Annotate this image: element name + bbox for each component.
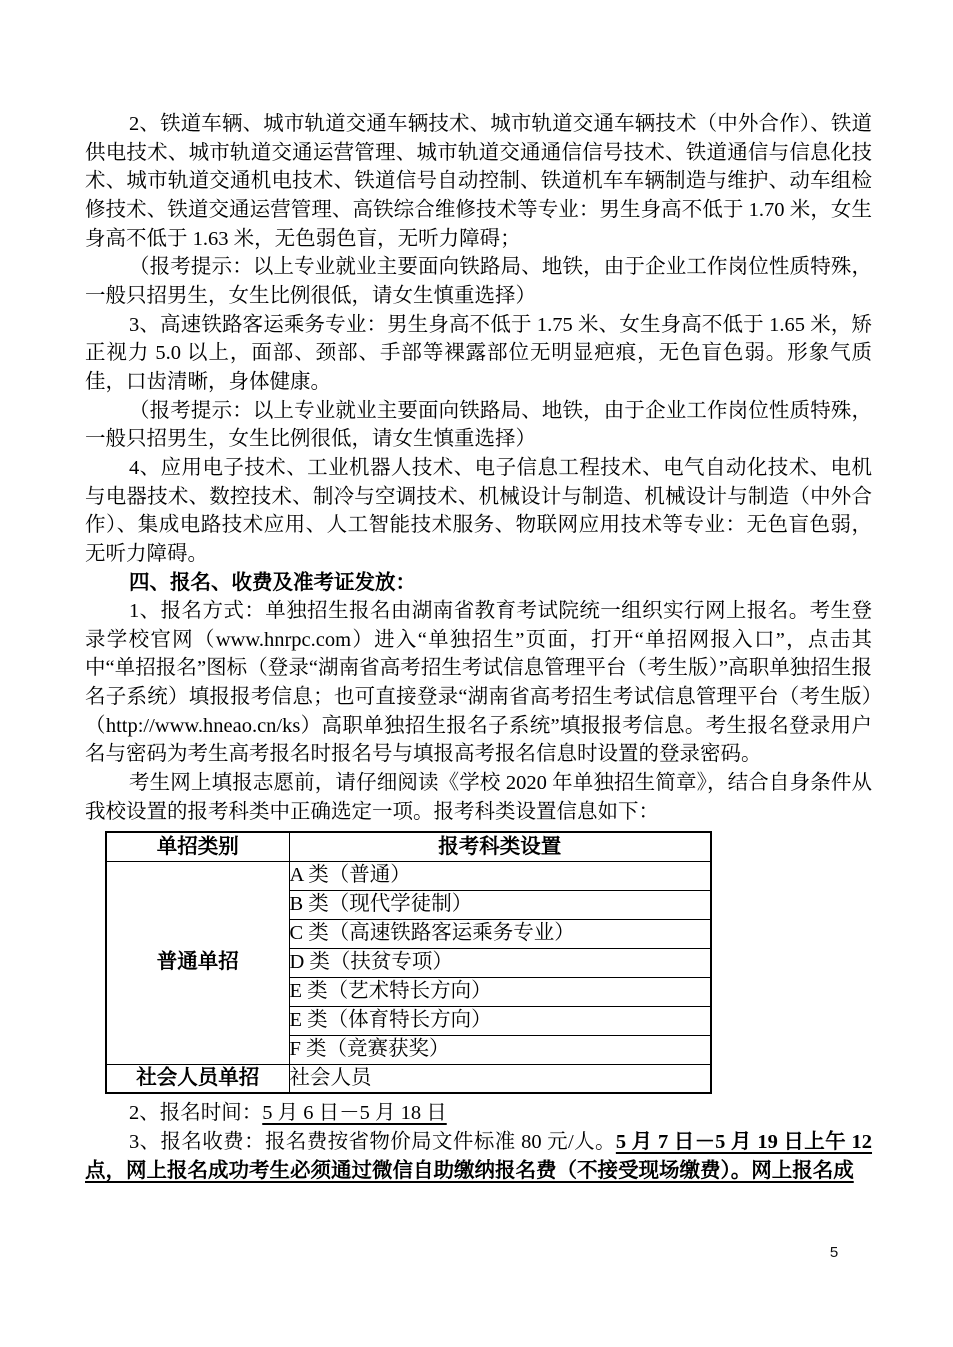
paragraph-spec-group-2: 2、铁道车辆、城市轨道交通车辆技术、城市轨道交通车辆技术（中外合作）、铁道供电技… xyxy=(85,110,872,253)
item-cell: E 类（体育特长方向） xyxy=(289,1006,711,1035)
table-header-cell: 单招类别 xyxy=(106,832,289,861)
item-cell: 社会人员 xyxy=(289,1064,711,1093)
item-cell: D 类（扶贫专项） xyxy=(289,948,711,977)
text-run: 2、报名时间： xyxy=(129,1102,262,1124)
section-heading-enrollment: 四、报名、收费及准考证发放： xyxy=(85,569,872,598)
text-run: 四、报名、收费及准考证发放： xyxy=(129,572,416,594)
paragraph-note-1: （报考提示：以上专业就业主要面向铁路局、地铁，由于企业工作岗位性质特殊，一般只招… xyxy=(85,253,872,310)
text-run: 4、应用电子技术、工业机器人技术、电子信息工程技术、电气自动化技术、电机与电器技… xyxy=(85,457,872,565)
body-before-table: 2、铁道车辆、城市轨道交通车辆技术、城市轨道交通车辆技术（中外合作）、铁道供电技… xyxy=(85,110,872,826)
text-run: 3、报名收费：报名费按省物价局文件标准 80 元/人。 xyxy=(129,1131,616,1153)
item-cell: A 类（普通） xyxy=(289,861,711,890)
paragraph-note-2: （报考提示：以上专业就业主要面向铁路局、地铁，由于企业工作岗位性质特殊，一般只招… xyxy=(85,397,872,454)
category-table: 单招类别报考科类设置 普通单招A 类（普通）B 类（现代学徒制）C 类（高速铁路… xyxy=(105,831,712,1094)
text-run: 1、报名方式：单独招生报名由湖南省教育考试院统一组织实行网上报名。考生登录学校官… xyxy=(85,600,872,765)
category-cell: 普通单招 xyxy=(106,861,289,1064)
table-header-cell: 报考科类设置 xyxy=(289,832,711,861)
paragraph-spec-group-4: 4、应用电子技术、工业机器人技术、电子信息工程技术、电气自动化技术、电机与电器技… xyxy=(85,454,872,569)
item-cell: E 类（艺术特长方向） xyxy=(289,977,711,1006)
document-page: 2、铁道车辆、城市轨道交通车辆技术、城市轨道交通车辆技术（中外合作）、铁道供电技… xyxy=(0,0,953,1347)
item-cell: F 类（竞赛获奖） xyxy=(289,1035,711,1064)
text-run: 5 月 6 日－5 月 18 日 xyxy=(262,1102,447,1124)
table-row: 普通单招A 类（普通） xyxy=(106,861,711,890)
body-after-table: 2、报名时间：5 月 6 日－5 月 18 日3、报名收费：报名费按省物价局文件… xyxy=(85,1099,872,1185)
document-body: 2、铁道车辆、城市轨道交通车辆技术、城市轨道交通车辆技术（中外合作）、铁道供电技… xyxy=(85,110,872,1185)
paragraph-category-intro: 考生网上填报志愿前，请仔细阅读《学校 2020 年单独招生简章》，结合自身条件从… xyxy=(85,769,872,826)
text-run: 3、高速铁路客运乘务专业：男生身高不低于 1.75 米、女生身高不低于 1.65… xyxy=(85,314,872,393)
page-number: 5 xyxy=(824,1244,844,1261)
text-run: 2、铁道车辆、城市轨道交通车辆技术、城市轨道交通车辆技术（中外合作）、铁道供电技… xyxy=(85,113,872,250)
paragraph-registration-method: 1、报名方式：单独招生报名由湖南省教育考试院统一组织实行网上报名。考生登录学校官… xyxy=(85,597,872,769)
text-run: （报考提示：以上专业就业主要面向铁路局、地铁，由于企业工作岗位性质特殊，一般只招… xyxy=(85,256,872,307)
paragraph-registration-time: 2、报名时间：5 月 6 日－5 月 18 日 xyxy=(85,1099,872,1128)
text-run: （报考提示：以上专业就业主要面向铁路局、地铁，由于企业工作岗位性质特殊，一般只招… xyxy=(85,400,872,451)
table-row: 社会人员单招社会人员 xyxy=(106,1064,711,1093)
category-cell: 社会人员单招 xyxy=(106,1064,289,1093)
text-run: 考生网上填报志愿前，请仔细阅读《学校 2020 年单独招生简章》，结合自身条件从… xyxy=(85,772,872,823)
table-header-row: 单招类别报考科类设置 xyxy=(106,832,711,861)
category-table-body: 普通单招A 类（普通）B 类（现代学徒制）C 类（高速铁路客运乘务专业）D 类（… xyxy=(106,861,711,1093)
item-cell: C 类（高速铁路客运乘务专业） xyxy=(289,919,711,948)
paragraph-registration-fee: 3、报名收费：报名费按省物价局文件标准 80 元/人。5 月 7 日－5 月 1… xyxy=(85,1128,872,1185)
paragraph-spec-group-3: 3、高速铁路客运乘务专业：男生身高不低于 1.75 米、女生身高不低于 1.65… xyxy=(85,311,872,397)
item-cell: B 类（现代学徒制） xyxy=(289,890,711,919)
category-table-head: 单招类别报考科类设置 xyxy=(106,832,711,861)
